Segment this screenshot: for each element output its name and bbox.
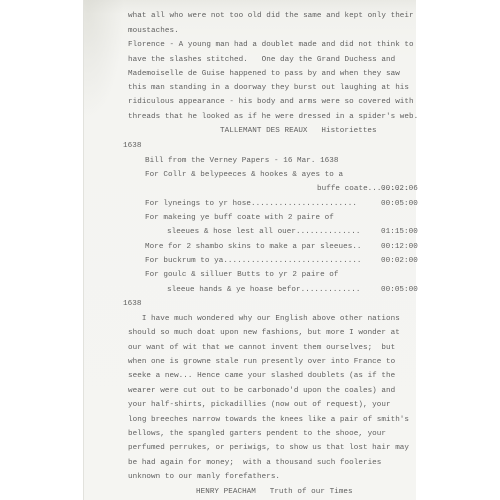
- bill-amount: 00:05:00: [381, 199, 418, 209]
- text-line: be had again for money; with a thousand …: [128, 458, 381, 468]
- bill-amount: 00:12:00: [381, 242, 418, 252]
- bill-item-line: For lyneings to yr hose.................…: [145, 199, 357, 209]
- bill-amount: 00:02:00: [381, 256, 418, 266]
- attribution: HENRY PEACHAM Truth of our Times: [196, 487, 353, 497]
- text-line: Mademoiselle de Guise happened to pass b…: [128, 69, 400, 79]
- text-line: seeke a new... Hence came your slashed d…: [128, 371, 395, 381]
- text-line: have the slashes stitched. One day the G…: [128, 55, 395, 65]
- bill-amount: 00:05:00: [381, 285, 418, 295]
- bill-item-line: For buckrum to ya.......................…: [145, 256, 362, 266]
- text-line: wearer were cut out to be carbonado'd up…: [128, 386, 395, 396]
- bill-item-line: More for 2 shambo skins to make a par sl…: [145, 242, 362, 252]
- typewritten-page: what all who were not too old did the sa…: [84, 0, 416, 500]
- year-heading: 1638: [123, 141, 141, 151]
- text-line: unknown to our manly forefathers.: [128, 472, 280, 482]
- text-line: our want of wit that we cannot invent th…: [128, 343, 395, 353]
- text-line: long breeches narrow towards the knees l…: [128, 415, 409, 425]
- text-line: your half-shirts, pickadillies (now out …: [128, 400, 391, 410]
- text-line: I have much wondered why our English abo…: [128, 314, 400, 324]
- bill-item-line: For Collr & belypeeces & hookes & ayes t…: [145, 170, 343, 180]
- bill-amount: 00:02:06: [381, 184, 418, 194]
- text-line: perfumed perrukes, or periwigs, to show …: [128, 443, 409, 453]
- text-line: this man standing in a doorway they burs…: [128, 83, 409, 93]
- bill-amount: 01:15:00: [381, 227, 418, 237]
- bill-title: Bill from the Verney Papers - 16 Mar. 16…: [145, 156, 339, 166]
- text-line: should so much doat upon new fashions, b…: [128, 328, 400, 338]
- bill-item-line: For makeing ye buff coate with 2 paire o…: [145, 213, 334, 223]
- text-line: ridiculous appearance - his body and arm…: [128, 97, 414, 107]
- bill-item-line: For goulc & silluer Butts to yr 2 paire …: [145, 270, 339, 280]
- text-line: Florence - A young man had a doublet mad…: [128, 40, 414, 50]
- text-line: when one is growne stale run presently o…: [128, 357, 395, 367]
- text-line: threads that he looked as if he were dre…: [128, 112, 418, 122]
- year-heading: 1638: [123, 299, 141, 309]
- bill-item-line: sleeue hands & ye hoase befor...........…: [167, 285, 361, 295]
- text-line: what all who were not too old did the sa…: [128, 11, 414, 21]
- text-line: bellows, the spangled garters pendent to…: [128, 429, 386, 439]
- attribution: TALLEMANT DES REAUX Historiettes: [220, 126, 377, 136]
- text-line: moustaches.: [128, 26, 179, 36]
- bill-item-line: sleeues & hose lest all ouer............…: [167, 227, 361, 237]
